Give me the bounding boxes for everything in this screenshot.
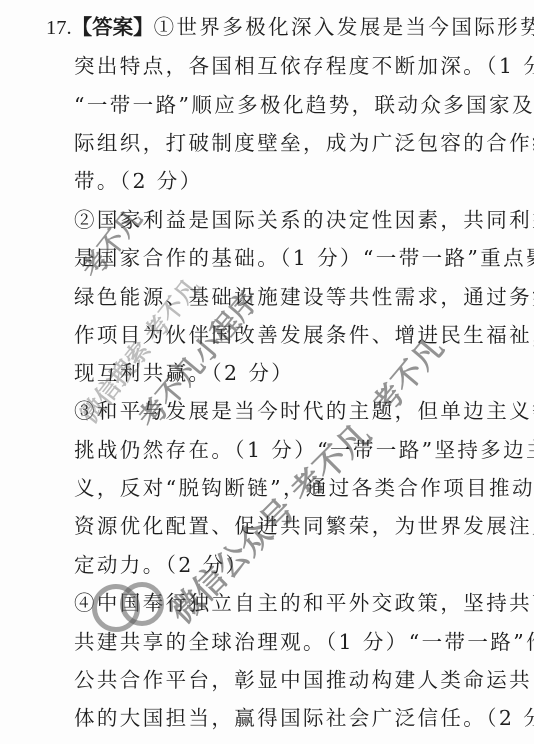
- answer-line-11: ③和平与发展是当今时代的主题，但单边主义等: [74, 396, 514, 426]
- answer-line-8: 绿色能源、基础设施建设等共性需求，通过务实合: [74, 282, 514, 312]
- answer-line-4: 际组织，打破制度壁垒，成为广泛包容的合作纽: [74, 128, 514, 158]
- answer-line-18: 公共合作平台，彰显中国推动构建人类命运共同: [74, 665, 514, 695]
- answer-line-15: 定动力。（2 分）: [74, 550, 514, 580]
- answer-line-17: 共建共享的全球治理观。（1 分）“一带一路”作为: [74, 627, 514, 657]
- answer-line-7: 是国家合作的基础。（1 分）“一带一路”重点聚焦: [74, 243, 514, 273]
- answer-line-14: 资源优化配置、促进共同繁荣，为世界发展注入稳: [74, 511, 514, 541]
- answer-text: ①世界多极化深入发展是当今国际形势的: [154, 15, 534, 39]
- answer-line-10: 现互利共赢。（2 分）: [74, 358, 514, 388]
- answer-line-6: ②国家利益是国际关系的决定性因素，共同利益: [74, 205, 514, 235]
- question-number: 17.: [46, 17, 72, 39]
- answer-tag: 【答案】: [72, 15, 154, 39]
- answer-line-19: 体的大国担当，赢得国际社会广泛信任。（2 分）: [74, 703, 514, 733]
- answer-line-9: 作项目为伙伴国改善发展条件、增进民生福祉，实: [74, 320, 514, 350]
- answer-line-5: 带。（2 分）: [74, 166, 514, 196]
- answer-line-13: 义，反对“脱钩断链”，通过各类合作项目推动全球: [74, 473, 514, 503]
- answer-page: 17.【答案】①世界多极化深入发展是当今国际形势的 突出特点，各国相互依存程度不…: [0, 0, 534, 744]
- answer-line-16: ④中国奉行独立自主的和平外交政策，坚持共商: [74, 588, 514, 618]
- answer-line-3: “一带一路”顺应多极化趋势，联动众多国家及国: [74, 90, 514, 120]
- answer-line-12: 挑战仍然存在。（1 分）“一带一路”坚持多边主: [74, 435, 514, 465]
- answer-line-2: 突出特点，各国相互依存程度不断加深。（1 分）: [74, 51, 514, 81]
- answer-line-1: 17.【答案】①世界多极化深入发展是当今国际形势的: [46, 12, 514, 42]
